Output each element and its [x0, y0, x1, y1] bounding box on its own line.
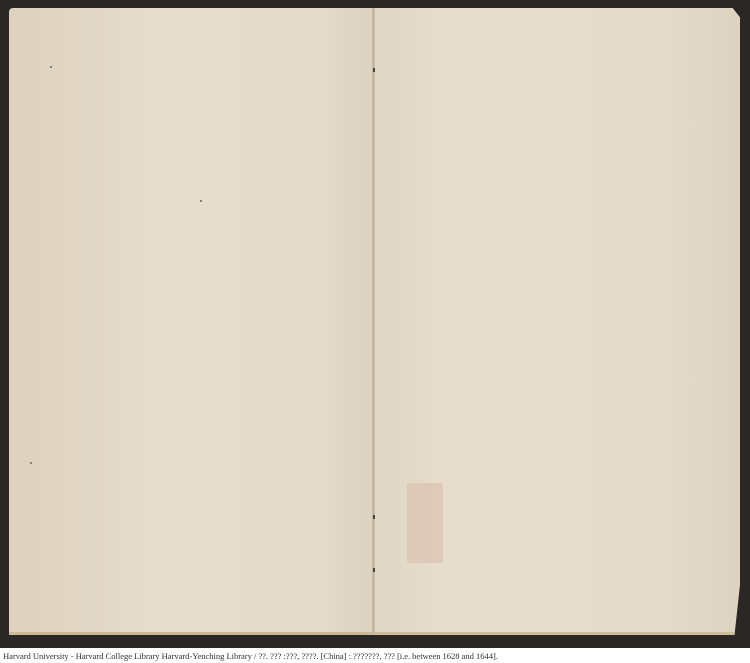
paper-speck: [50, 66, 52, 68]
paper-speck: [30, 462, 32, 464]
book-gutter: [372, 8, 375, 635]
paper-speck: [200, 200, 202, 202]
binding-thread: [373, 568, 375, 572]
scan-image: [0, 0, 750, 648]
binding-thread: [373, 68, 375, 72]
binding-thread: [373, 515, 375, 519]
faded-library-stamp: [407, 483, 443, 563]
left-page: [9, 8, 373, 635]
citation-caption: Harvard University - Harvard College Lib…: [3, 651, 498, 661]
